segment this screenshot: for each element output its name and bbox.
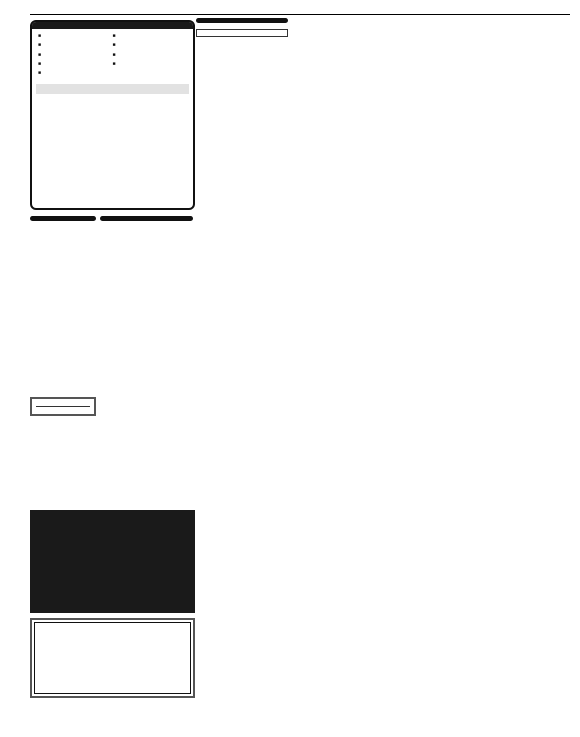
- section-banner: [100, 216, 193, 221]
- page-header: [30, 3, 570, 15]
- section-banner: [30, 216, 96, 221]
- category-item: [38, 52, 113, 59]
- contact-offices: [36, 84, 189, 94]
- categories-title: [32, 22, 193, 29]
- category-item: [38, 42, 113, 49]
- column-deaths-1: [30, 216, 96, 227]
- category-item: [38, 33, 113, 40]
- category-item: [38, 61, 113, 68]
- placing-notice-box: [30, 397, 96, 416]
- category-item: [38, 70, 113, 77]
- category-item: [113, 61, 188, 68]
- images-note: [32, 96, 193, 102]
- category-item: [113, 52, 188, 59]
- notice-box: [196, 29, 288, 37]
- column-deaths-3: [196, 18, 288, 45]
- family-notice-categories: [30, 20, 195, 210]
- category-list: [32, 29, 193, 82]
- section-banner: [196, 18, 288, 23]
- category-item: [113, 42, 188, 49]
- column-deaths-2: [100, 216, 193, 227]
- family-notices-deadline: [30, 618, 195, 698]
- wj-odonnell-advert: [30, 510, 195, 613]
- category-item: [113, 33, 188, 40]
